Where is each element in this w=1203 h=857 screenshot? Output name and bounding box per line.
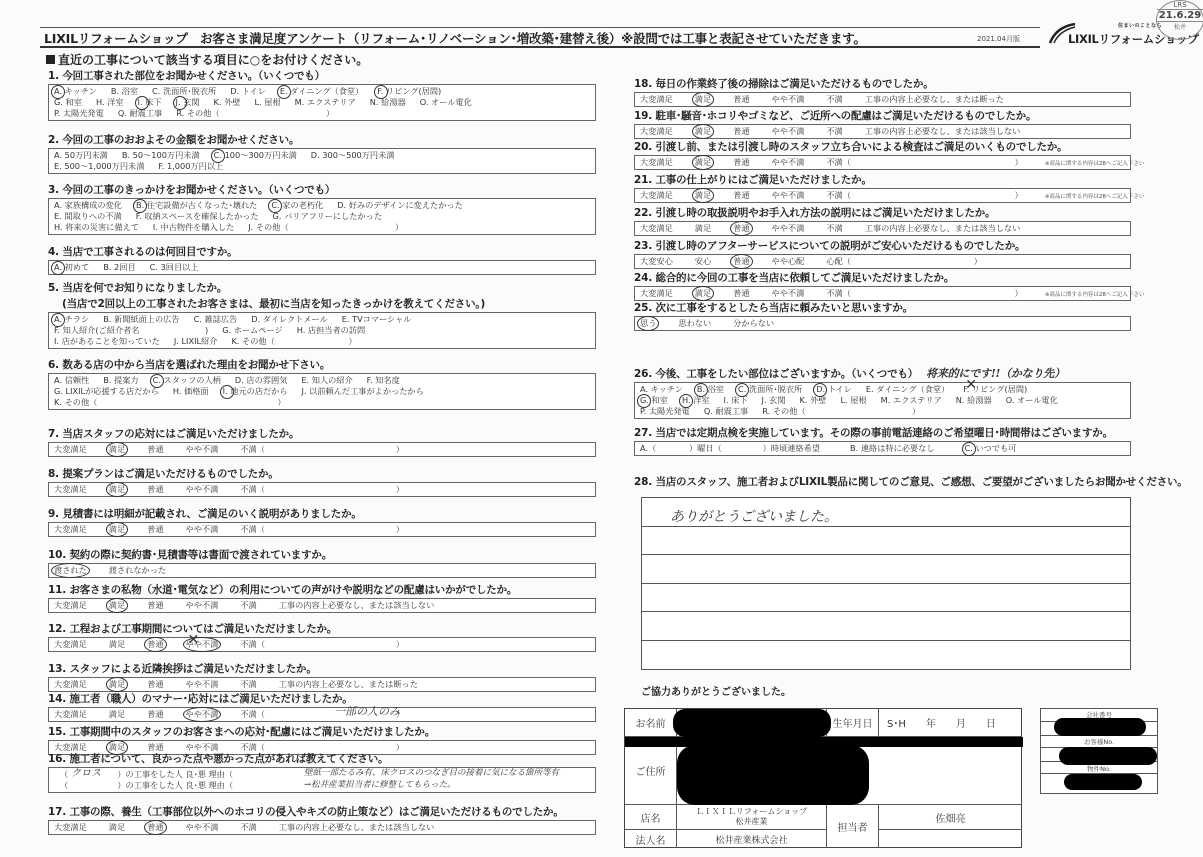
option[interactable]: 大変満足 — [54, 639, 87, 650]
comment-lines-box[interactable]: ありがとうございました。 — [641, 497, 1131, 670]
header-rule — [40, 27, 1040, 28]
option[interactable]: 大変満足 — [54, 524, 87, 535]
option[interactable]: 不満 — [240, 822, 256, 833]
option[interactable]: 工事の内容上必要なし、または該当しない — [279, 600, 435, 611]
option[interactable]: やや心配 — [772, 256, 805, 267]
option[interactable]: 工事の内容上必要なし、または該当しない — [865, 223, 1021, 234]
question-24: 24. 総合的に今回の工事を当店に依頼してご満足いただけましたか。大変満足満足普… — [634, 270, 1131, 301]
question-5: 5. 当店を何でお知りになりましたか。 (当店で2回以上の工事されたお客さまは、… — [48, 280, 596, 349]
question-3: 3. 今回の工事のきっかけをお聞かせください。（いくつでも） A. 家族構成の変… — [48, 182, 596, 235]
option-a-selected[interactable]: A. キッチン — [54, 86, 97, 97]
option[interactable]: 満足 — [695, 223, 711, 234]
options-box: A. チラシB. 新聞紙面上の広告C. 雑誌広告D. ダイレクトメールE. TV… — [48, 312, 596, 349]
option-c-selected[interactable]: C. 100～300万円未満 — [214, 150, 297, 161]
option[interactable]: 大変満足 — [640, 223, 673, 234]
question-8: 8. 提案プランはご満足いただけるものでしたか。大変満足満足普通やや不満不満（ … — [48, 466, 596, 497]
question-27: 27. 当店では定期点検を実施しています。その際の事前電話連絡のご希望曜日･時間… — [634, 425, 1131, 456]
handwritten-note: 将来的にです!!（かなり先） — [926, 367, 1065, 380]
note-text: ※商品に関する内容は28へご記入下さい — [1045, 292, 1145, 298]
option[interactable]: 工事の内容上必要なし、または該当しない — [865, 126, 1021, 137]
option[interactable]: 大変満足 — [54, 444, 87, 455]
note-text: ※商品に関する内容は28へご記入下さい — [1045, 161, 1145, 167]
stamp-date: 21.6.29 — [1157, 9, 1203, 22]
option[interactable]: 工事の内容上必要なし、または断った — [865, 94, 1004, 105]
option[interactable]: 大変満足 — [54, 600, 87, 611]
question-1: 1. 今回工事された部位をお聞かせください。（いくつでも） A. キッチンB. … — [48, 68, 596, 121]
question-25: 25. 次に工事をするとしたら当店に頼みたいと思いますか。思う思わない分からない — [634, 300, 1131, 331]
option[interactable]: 大変満足 — [54, 484, 87, 495]
redaction — [677, 745, 869, 805]
document-title: LIXILリフォームショップ お客さま満足度アンケート（リフォーム･リノベーショ… — [44, 29, 866, 47]
option[interactable]: 満足 — [109, 709, 125, 720]
option-selected[interactable]: 満足 — [109, 444, 125, 455]
option-b-selected[interactable]: B. 浴室 — [697, 384, 724, 395]
question-23: 23. 引渡し時のアフターサービスについての説明がご安心いただけるものでしたか。… — [634, 238, 1131, 269]
option[interactable]: 不満 — [826, 223, 842, 234]
option[interactable]: 不満（ ） — [240, 444, 404, 455]
option[interactable]: 不満（ ） — [240, 484, 404, 495]
redaction — [1064, 774, 1142, 790]
option-selected[interactable]: やや不満 — [186, 709, 219, 720]
option[interactable]: 不満 — [240, 679, 256, 690]
section-heading: 直近の工事について該当する項目に○をお付けください。 — [46, 51, 368, 68]
option[interactable]: 安心 — [695, 256, 711, 267]
question-13: 13. スタッフによる近隣挨拶はご満足いただけましたか。大変満足満足普通やや不満… — [48, 661, 596, 692]
question-26: 26. 今後、工事をしたい部位はございますか。（いくつでも）将来的にです!!（か… — [634, 366, 1131, 419]
options-box: 大変満足満足普通やや不満不満工事の内容上必要なし、または断った — [48, 677, 596, 692]
option[interactable]: 不満 — [826, 94, 842, 105]
option[interactable]: 満足 — [109, 822, 125, 833]
handwritten-reason: →松井産業担当者に修整してもらった。 — [304, 780, 456, 791]
option[interactable]: 満足 — [109, 639, 125, 650]
option-a-selected[interactable]: A. 初めて — [54, 262, 89, 273]
options-box: 大変満足満足普通やや不満不満（ ）※商品に関する内容は28へご記入下さい — [634, 155, 1131, 170]
option-f-marked[interactable]: F. リビング(居間) — [963, 384, 1027, 395]
option[interactable]: やや不満 — [772, 190, 805, 201]
corporate-name-value: 松井産業株式会社 — [677, 830, 827, 848]
options-box: 大変満足満足普通やや不満不満（ ）一部の人のみ — [48, 707, 596, 722]
comment-box: （ ）の工事をした人 良･悪 理由（ （ ）の工事をした人 良･悪 理由（ クロ… — [48, 767, 596, 793]
option[interactable]: やや不満 — [772, 288, 805, 299]
option-a-selected[interactable]: A. チラシ — [54, 314, 89, 325]
option-i-selected[interactable]: I. 地元の店だから — [223, 386, 288, 397]
option[interactable]: 工事の内容上必要なし、または断った — [279, 679, 418, 690]
option[interactable]: 普通 — [147, 444, 163, 455]
header-rule — [40, 46, 1040, 48]
option[interactable]: やや不満 — [772, 126, 805, 137]
option-selected[interactable]: 満足 — [109, 484, 125, 495]
option-selected[interactable]: 満足 — [695, 190, 711, 201]
option[interactable]: やや不満 — [186, 600, 219, 611]
option[interactable]: やや不満 — [186, 822, 219, 833]
customer-info-table: お名前 生年月日 S･H 年 月 日 ご住所 店名 ＬＩＸＩＬリフォームショップ… — [624, 708, 1022, 848]
handwritten-comment: ありがとうございました。 — [670, 506, 838, 526]
option-j-selected[interactable]: J. 玄関 — [176, 97, 200, 108]
options-box: 大変満足満足普通やや不満不満工事の内容上必要なし、または該当しない — [48, 598, 596, 613]
option[interactable]: 不満（ ） — [826, 288, 1023, 299]
option-selected[interactable]: 満足 — [109, 524, 125, 535]
option[interactable]: やや不満 — [772, 223, 805, 234]
redaction — [1059, 747, 1157, 765]
option-i-selected[interactable]: I. 床下 — [138, 97, 162, 108]
option[interactable]: やや不満 — [772, 157, 805, 168]
option[interactable]: 普通 — [733, 126, 749, 137]
option-selected[interactable]: 普通 — [147, 639, 163, 650]
question-10: 10. 契約の際に契約書･見積書等は書面で渡されていますか。渡された渡されなかっ… — [48, 547, 596, 578]
option[interactable]: 普通 — [147, 600, 163, 611]
option-selected[interactable]: 普通 — [147, 822, 163, 833]
redaction — [673, 709, 831, 737]
options-box: 大変満足満足普通やや不満不満（ ） — [48, 442, 596, 457]
staff-name-value: 佐畑亮 — [879, 805, 1022, 830]
option-b-selected[interactable]: B. 住宅設備が古くなった･壊れた — [136, 200, 257, 211]
options-box: A.（ ）曜日（ ）時頃連絡希望B. 連絡は特に必要なしC. いつでも可 — [634, 441, 1131, 456]
option[interactable]: 不満 — [826, 126, 842, 137]
note-text: ※商品に関する内容は28へご記入下さい — [1045, 194, 1145, 200]
handwritten-note: 一部の人のみ — [334, 706, 400, 717]
shop-name-value: ＬＩＸＩＬリフォームショップ松井産業 — [677, 805, 827, 830]
option-selected[interactable]: 満足 — [109, 600, 125, 611]
square-bullet-icon — [46, 55, 55, 64]
question-2: 2. 今回の工事のおおよその金額をお聞かせください。 A. 50万円未満B. 5… — [48, 132, 596, 174]
option-c-selected[interactable]: C. いつでも可 — [965, 443, 1017, 454]
option[interactable]: 大変満足 — [640, 190, 673, 201]
option-selected[interactable]: 満足 — [695, 157, 711, 168]
option[interactable]: 普通 — [733, 190, 749, 201]
option[interactable]: 大変満足 — [640, 288, 673, 299]
options-box: 大変満足満足普通やや不満不満工事の内容上必要なし、または断った — [634, 92, 1131, 107]
option-c-selected[interactable]: C. スタッフの人柄 — [153, 375, 221, 386]
options-box: 大変満足満足普通やや不満不満工事の内容上必要なし、または該当しない — [634, 221, 1131, 236]
option-selected[interactable]: 満足 — [695, 126, 711, 137]
options-box: 思う思わない分からない — [634, 316, 1131, 331]
option[interactable]: 普通 — [147, 524, 163, 535]
options-box: 大変満足満足普通やや不満不満（ ）※商品に関する内容は28へご記入下さい — [634, 188, 1131, 203]
option[interactable]: 分からない — [733, 318, 774, 329]
question-6: 6. 数ある店の中から当店を選ばれた理由をお聞かせ下さい。 A. 信頼性B. 提… — [48, 357, 596, 410]
option[interactable]: 不満（ ） — [240, 639, 404, 650]
options-box: A. 家族構成の変化B. 住宅設備が古くなった･壊れたC. 家の老朽化D. 好み… — [48, 198, 596, 235]
options-box: 大変満足満足普通やや不満不満工事の内容上必要なし、または該当しない — [634, 124, 1131, 139]
question-22: 22. 引渡し時の取扱説明やお手入れ方法の説明にはご満足いただけましたか。大変満… — [634, 205, 1131, 236]
option[interactable]: 工事の内容上必要なし、または該当しない — [279, 822, 435, 833]
option[interactable]: 大変満足 — [54, 679, 87, 690]
question-7: 7. 当店スタッフの応対にはご満足いただけましたか。大変満足満足普通やや不満不満… — [48, 426, 596, 457]
question-21: 21. 工事の仕上がりにはご満足いただけましたか。大変満足満足普通やや不満不満（… — [634, 172, 1131, 203]
options-box: 大変満足満足普通やや不満不満（ ） — [48, 482, 596, 497]
closing-text: ご協力ありがとうございました。 — [641, 683, 791, 698]
redaction — [1054, 718, 1146, 736]
option-e-selected[interactable]: E. ダイニング（食堂） — [280, 86, 363, 97]
options-box: A. 50万円未満B. 50～100万円未満C. 100～300万円未満D. 3… — [48, 148, 596, 174]
options-box: A. キッチンB. 浴室C. 洗面所･脱衣所D. トイレE. ダイニング（食堂）… — [48, 84, 596, 121]
question-12: 12. 工程および工事期間についてはご満足いただけましたか。大変満足満足普通やや… — [48, 621, 596, 652]
options-box: A. 信頼性B. 提案力C. スタッフの人柄D. 店の雰囲気E. 知人の紹介F.… — [48, 373, 596, 410]
option[interactable]: 普通 — [147, 679, 163, 690]
option-selected[interactable]: 思う — [640, 318, 656, 329]
options-box: 大変満足満足普通やや不満不満（ ） — [48, 522, 596, 537]
handwritten-reason: 壁紙一部たるみ有、床クロスのつなぎ目の接着に気になる箇所等有 — [304, 768, 559, 779]
option-g-selected[interactable]: G. 和室 — [640, 395, 668, 406]
option[interactable]: 普通 — [733, 157, 749, 168]
birthdate-field[interactable]: S･H 年 月 日 — [879, 709, 1022, 737]
option[interactable]: やや不満 — [186, 444, 219, 455]
option-f-selected[interactable]: F. リビング(居間) — [377, 86, 441, 97]
option[interactable]: 心配（ ） — [826, 256, 982, 267]
options-box: 大変満足満足普通やや不満不満工事の内容上必要なし、または該当しない — [48, 820, 596, 835]
question-17: 17. 工事の際、養生（工事部位以外へのホコリの侵入やキズの防止策など）はご満足… — [48, 804, 596, 835]
office-id-box: 会社番号 お客様No. 物件No. — [1040, 708, 1158, 794]
option[interactable]: 不満（ ） — [826, 157, 1023, 168]
question-9: 9. 見積書には明細が記載され、ご満足のいく説明がありましたか。大変満足満足普通… — [48, 506, 596, 537]
option-c-selected[interactable]: C. 家の老朽化 — [271, 200, 323, 211]
option-d-selected[interactable]: D. トイレ — [816, 384, 852, 395]
options-box: 大変安心安心普通やや心配心配（ ） — [634, 254, 1131, 269]
option[interactable]: 大変満足 — [640, 157, 673, 168]
question-20: 20. 引渡し前、または引渡し時のスタッフ立ち合いによる検査はご満足のいくもので… — [634, 139, 1131, 170]
question-28: 28. 当店のスタッフ、施工者およびLIXIL製品に関してのご意見、ご感想、ご要… — [634, 474, 1188, 490]
question-11: 11. お客さまの私物（水道･電気など）の利用についての声がけや説明などの配慮は… — [48, 582, 596, 613]
option[interactable]: 大変満足 — [54, 709, 87, 720]
option-selected[interactable]: 普通 — [733, 256, 749, 267]
option-selected[interactable]: 満足 — [695, 94, 711, 105]
question-18: 18. 毎日の作業終了後の掃除はご満足いただけるものでしたか。大変満足満足普通や… — [634, 76, 1131, 107]
options-box: 大変満足満足普通やや不満不満（ ）※商品に関する内容は28へご記入下さい — [634, 286, 1131, 301]
option-c-selected[interactable]: C. 洗面所･脱衣所 — [738, 384, 802, 395]
option[interactable]: 大変安心 — [640, 256, 673, 267]
option[interactable]: 不満（ ） — [240, 524, 404, 535]
option-selected[interactable]: 普通 — [733, 223, 749, 234]
option[interactable]: 不満 — [240, 600, 256, 611]
option[interactable]: 思わない — [678, 318, 711, 329]
option[interactable]: 普通 — [733, 288, 749, 299]
option[interactable]: やや不満 — [186, 679, 219, 690]
option-selected[interactable]: 満足 — [695, 288, 711, 299]
question-19: 19. 駐車･騒音･ホコリやゴミなど、ご近所への配慮はご満足いただけるものでした… — [634, 108, 1131, 139]
option[interactable]: 大変満足 — [640, 126, 673, 137]
option[interactable]: 普通 — [733, 94, 749, 105]
option-h-selected[interactable]: H. 洋室 — [682, 395, 710, 406]
question-14: 14. 施工者（職人）のマナー･応対にはご満足いただけましたか。大変満足満足普通… — [48, 691, 596, 722]
question-16: 16. 施工者について、良かった点や悪かった点があれば教えてください。 （ ）の… — [48, 751, 596, 793]
options-box: A. キッチンB. 浴室C. 洗面所･脱衣所D. トイレE. ダイニング（食堂）… — [634, 382, 1131, 419]
option[interactable]: やや不満 — [186, 639, 219, 650]
option[interactable]: やや不満 — [772, 94, 805, 105]
document-version: 2021.04月版 — [977, 34, 1020, 44]
question-4: 4. 当店で工事されるのは何回目ですか。 A. 初めてB. 2回目C. 3回目以… — [48, 244, 596, 275]
handwritten-trade: クロス — [71, 768, 101, 779]
option-selected[interactable]: 渡された — [54, 565, 87, 576]
option[interactable]: 不満（ ） — [826, 190, 1023, 201]
option[interactable]: 普通 — [147, 709, 163, 720]
options-box: A. 初めてB. 2回目C. 3回目以上 — [48, 260, 596, 275]
option[interactable]: 大変満足 — [54, 822, 87, 833]
options-box: 渡された渡されなかった — [48, 563, 596, 578]
option-selected[interactable]: 満足 — [109, 679, 125, 690]
option[interactable]: やや不満 — [186, 524, 219, 535]
options-box: 大変満足満足普通やや不満不満（ ） — [48, 637, 596, 652]
received-stamp: LRS 21.6.29 松井 — [1156, 0, 1203, 40]
option[interactable]: 普通 — [147, 484, 163, 495]
option[interactable]: やや不満 — [186, 484, 219, 495]
option[interactable]: 大変満足 — [640, 94, 673, 105]
option[interactable]: 渡されなかった — [109, 565, 166, 576]
